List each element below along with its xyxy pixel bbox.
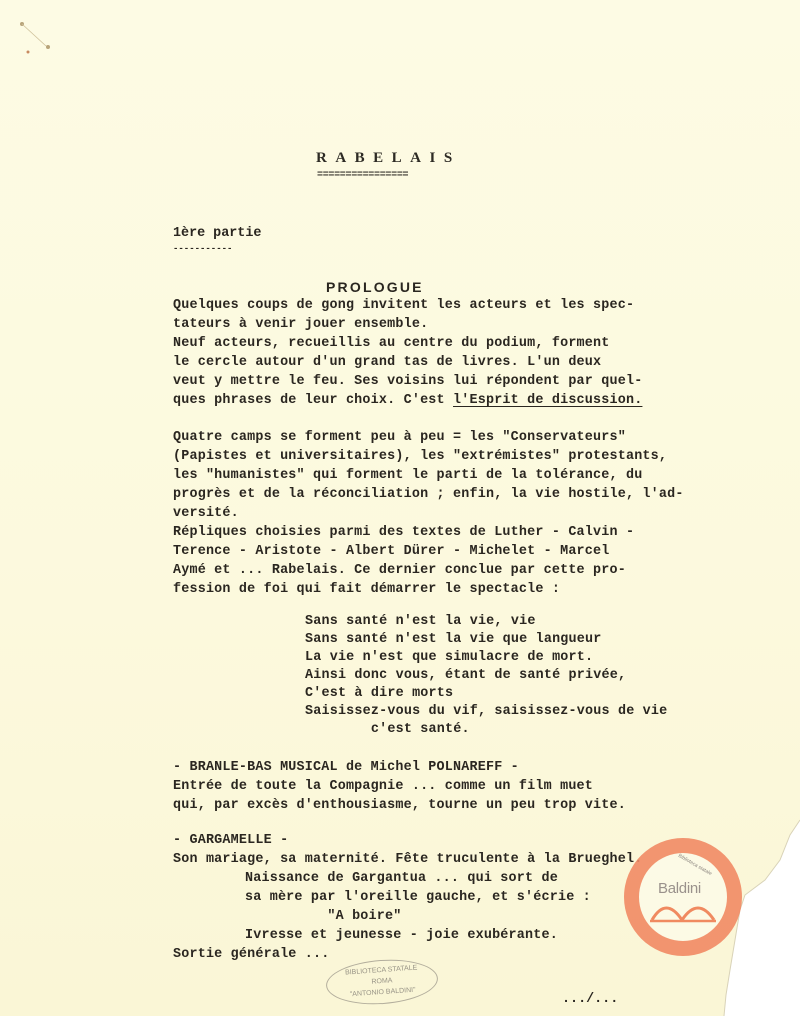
- text-line: ques phrases de leur choix. C'est l'Espr…: [173, 392, 642, 410]
- text-line: sa mère par l'oreille gauche, et s'écrie…: [245, 889, 591, 907]
- text-fragment: ques phrases de leur choix. C'est: [173, 393, 453, 408]
- text-line: versité.: [173, 505, 239, 523]
- text-line: Terence - Aristote - Albert Dürer - Mich…: [173, 543, 610, 561]
- document-title: RABELAIS: [316, 150, 461, 167]
- underlined-phrase: l'Esprit de discussion.: [453, 393, 642, 408]
- verse-line: c'est santé.: [305, 721, 470, 739]
- book-icon: [648, 898, 718, 924]
- verse-line: Saisissez-vous du vif, saisissez-vous de…: [305, 703, 667, 721]
- baldini-watermark-text: Baldini: [658, 880, 701, 897]
- text-line: Quelques coups de gong invitent les acte…: [173, 297, 634, 315]
- continuation-mark: .../...: [562, 992, 618, 1007]
- section-heading-gargamelle: - GARGAMELLE -: [173, 832, 288, 850]
- text-line: Naissance de Gargantua ... qui sort de: [245, 870, 558, 888]
- part-heading: 1ère partie: [173, 226, 261, 241]
- verse-line: Ainsi donc vous, étant de santé privée,: [305, 667, 626, 685]
- text-line: "A boire": [245, 908, 401, 926]
- text-line: tateurs à venir jouer ensemble.: [173, 316, 428, 334]
- verse-line: La vie n'est que simulacre de mort.: [305, 649, 593, 667]
- verse-line: Sans santé n'est la vie que langueur: [305, 631, 602, 649]
- text-line: progrès et de la réconciliation ; enfin,…: [173, 486, 684, 504]
- part-underline: -----------: [173, 244, 232, 254]
- text-line: Sortie générale ...: [173, 946, 329, 964]
- text-line: Ivresse et jeunesse - joie exubérante.: [245, 927, 558, 945]
- title-underline: ================: [317, 170, 408, 181]
- text-line: Quatre camps se forment peu à peu = les …: [173, 429, 626, 447]
- text-line: Entrée de toute la Compagnie ... comme u…: [173, 778, 593, 796]
- text-line: Neuf acteurs, recueillis au centre du po…: [173, 335, 610, 353]
- text-line: qui, par excès d'enthousiasme, tourne un…: [173, 797, 626, 815]
- text-line: Répliques choisies parmi des textes de L…: [173, 524, 634, 542]
- prologue-heading: PROLOGUE: [326, 279, 424, 295]
- text-line: le cercle autour d'un grand tas de livre…: [173, 354, 601, 372]
- text-line: (Papistes et universitaires), les "extré…: [173, 448, 667, 466]
- section-heading-branle-bas: - BRANLE-BAS MUSICAL de Michel POLNAREFF…: [173, 759, 519, 777]
- text-line: les "humanistes" qui forment le parti de…: [173, 467, 642, 485]
- verse-line: C'est à dire morts: [305, 685, 453, 703]
- verse-line: Sans santé n'est la vie, vie: [305, 613, 536, 631]
- text-line: fession de foi qui fait démarrer le spec…: [173, 581, 560, 599]
- text-line: Son mariage, sa maternité. Fête truculen…: [173, 851, 642, 869]
- text-line: Aymé et ... Rabelais. Ce dernier conclue…: [173, 562, 626, 580]
- text-line: veut y mettre le feu. Ses voisins lui ré…: [173, 373, 642, 391]
